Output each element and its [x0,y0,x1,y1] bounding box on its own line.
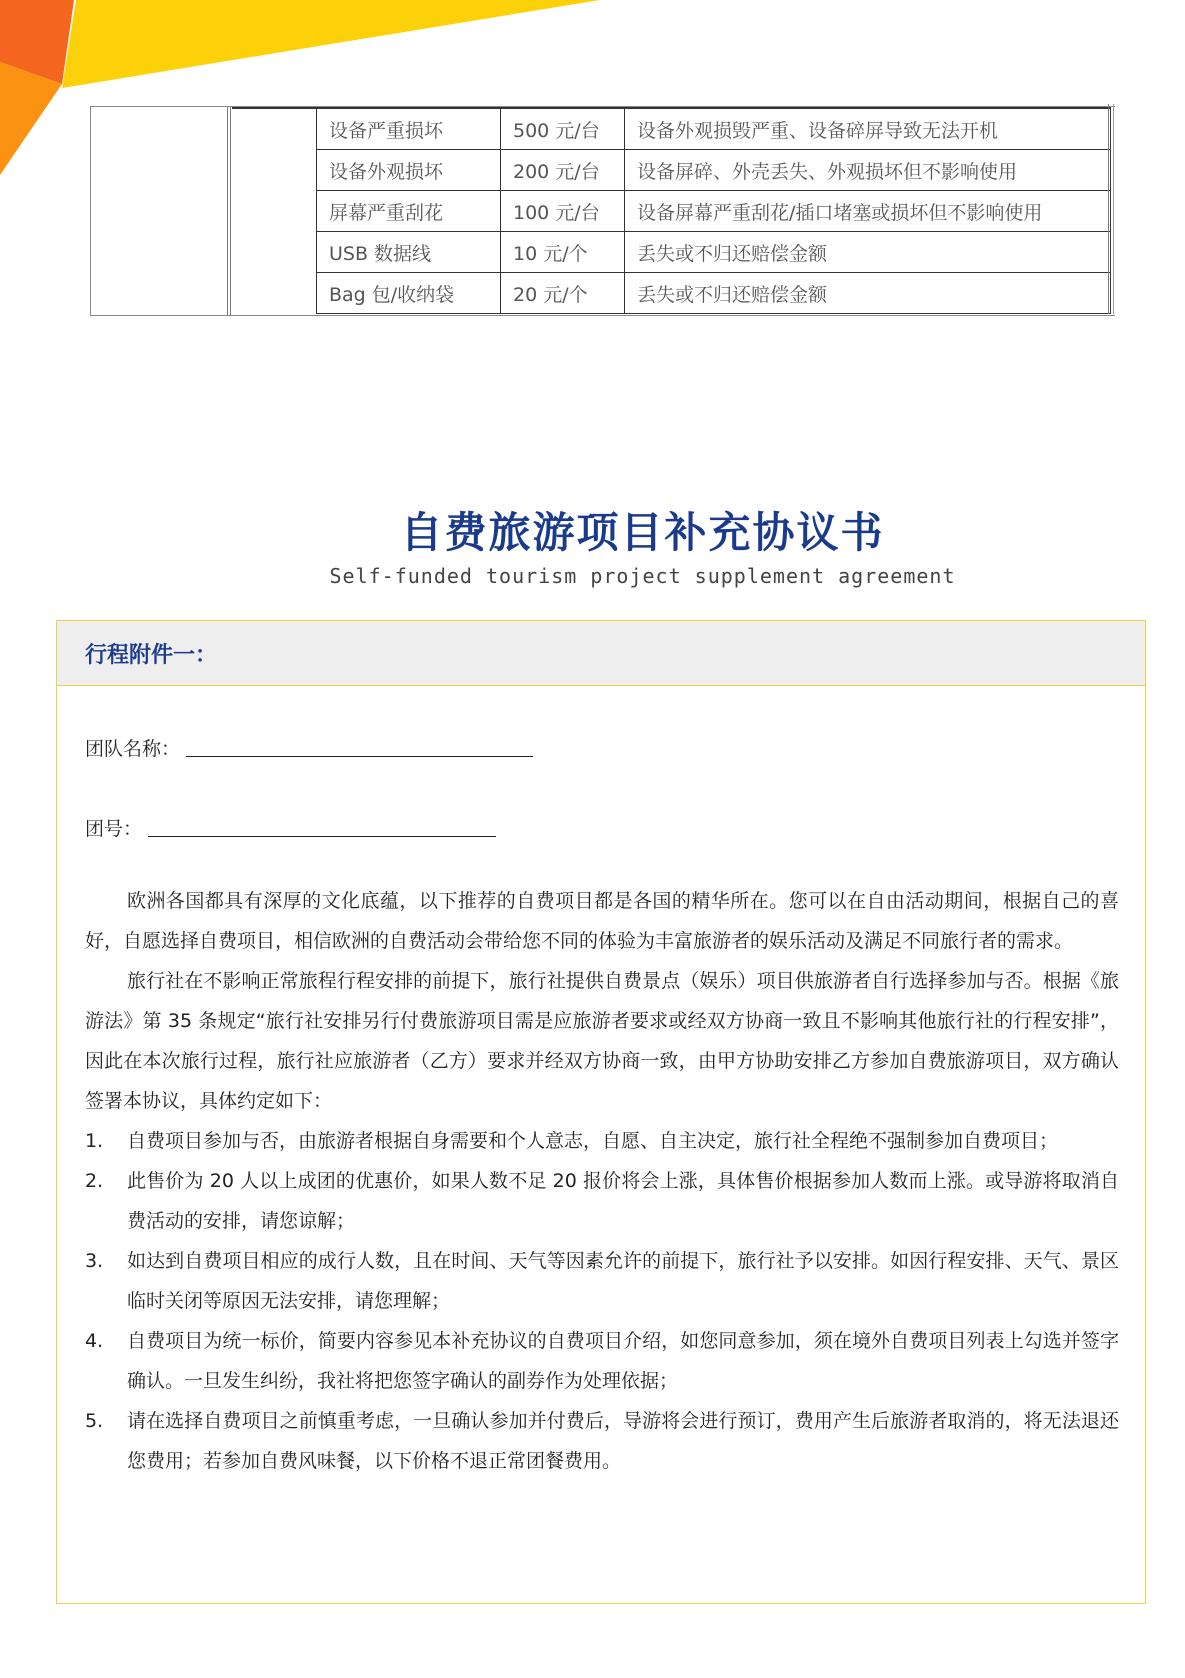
team-name-label: 团队名称： [85,734,180,761]
term-text: 自费项目为统一标价，简要内容参见本补充协议的自费项目介绍，如您同意参加，须在境外… [127,1330,1119,1392]
table-row: 设备外观损坏 200 元/台 设备屏碎、外壳丢失、外观损坏但不影响使用 [317,150,1111,191]
term-text: 如达到自费项目相应的成行人数，且在时间、天气等因素允许的前提下，旅行社予以安排。… [127,1250,1119,1312]
document-title: 自费旅游项目补充协议书 [0,500,1185,560]
item-cell: USB 数据线 [317,232,501,273]
table-row: USB 数据线 10 元/个 丢失或不归还赔偿金额 [317,232,1111,273]
panel-heading: 行程附件一： [85,638,217,669]
table-row: Bag 包/收纳袋 20 元/个 丢失或不归还赔偿金额 [317,273,1111,314]
legal-basis-paragraph: 旅行社在不影响正常旅程行程安排的前提下，旅行社提供自费景点（娱乐）项目供旅游者自… [85,961,1119,1121]
team-number-input-line[interactable] [148,835,496,837]
description-cell: 设备屏碎、外壳丢失、外观损坏但不影响使用 [625,150,1111,191]
price-cell: 200 元/台 [501,150,625,191]
team-number-label: 团号： [85,814,142,841]
term-number: 5. [85,1401,103,1441]
document-subtitle: Self-funded tourism project supplement a… [0,564,1185,588]
price-cell: 10 元/个 [501,232,625,273]
agreement-body: 欧洲各国都具有深厚的文化底蕴，以下推荐的自费项目都是各国的精华所在。您可以在自由… [85,881,1119,1481]
damage-table-frame: 设备严重损坏 500 元/台 设备外观损毁严重、设备碎屏导致无法开机 设备外观损… [90,106,1115,316]
term-number: 2. [85,1161,103,1201]
team-name-input-line[interactable] [186,755,533,757]
item-cell: 屏幕严重刮花 [317,191,501,232]
list-item: 4. 自费项目为统一标价，简要内容参见本补充协议的自费项目介绍，如您同意参加，须… [85,1321,1119,1401]
description-cell: 设备外观损毁严重、设备碎屏导致无法开机 [625,108,1111,150]
damage-table: 设备严重损坏 500 元/台 设备外观损毁严重、设备碎屏导致无法开机 设备外观损… [316,107,1111,314]
term-number: 3. [85,1241,103,1281]
term-text: 此售价为 20 人以上成团的优惠价，如果人数不足 20 报价将会上涨，具体售价根… [127,1170,1119,1232]
itinerary-attachment-panel: 行程附件一： 团队名称： 团号： 欧洲各国都具有深厚的文化底蕴，以下推荐的自费项… [56,620,1146,1604]
list-item: 5. 请在选择自费项目之前慎重考虑，一旦确认参加并付费后，导游将会进行预订，费用… [85,1401,1119,1481]
term-number: 4. [85,1321,103,1361]
item-cell: Bag 包/收纳袋 [317,273,501,314]
damage-table-right-border [1108,104,1114,314]
item-cell: 设备外观损坏 [317,150,501,191]
list-item: 2. 此售价为 20 人以上成团的优惠价，如果人数不足 20 报价将会上涨，具体… [85,1161,1119,1241]
team-number-field: 团号： [85,814,496,841]
item-cell: 设备严重损坏 [317,108,501,150]
damage-table-merged-cell-1 [91,107,228,315]
team-name-field: 团队名称： [85,734,533,761]
description-cell: 丢失或不归还赔偿金额 [625,232,1111,273]
price-cell: 100 元/台 [501,191,625,232]
intro-paragraph: 欧洲各国都具有深厚的文化底蕴，以下推荐的自费项目都是各国的精华所在。您可以在自由… [85,881,1119,961]
term-text: 自费项目参加与否，由旅游者根据自身需要和个人意志，自愿、自主决定，旅行社全程绝不… [127,1130,1058,1152]
damage-table-merged-cell-2 [232,107,316,317]
list-item: 1. 自费项目参加与否，由旅游者根据自身需要和个人意志，自愿、自主决定，旅行社全… [85,1121,1119,1161]
damage-table-divider [230,107,231,315]
description-cell: 丢失或不归还赔偿金额 [625,273,1111,314]
term-number: 1. [85,1121,103,1161]
table-row: 屏幕严重刮花 100 元/台 设备屏幕严重刮花/插口堵塞或损坏但不影响使用 [317,191,1111,232]
price-cell: 500 元/台 [501,108,625,150]
price-cell: 20 元/个 [501,273,625,314]
terms-list: 1. 自费项目参加与否，由旅游者根据自身需要和个人意志，自愿、自主决定，旅行社全… [85,1121,1119,1481]
description-cell: 设备屏幕严重刮花/插口堵塞或损坏但不影响使用 [625,191,1111,232]
panel-header: 行程附件一： [57,621,1145,686]
list-item: 3. 如达到自费项目相应的成行人数，且在时间、天气等因素允许的前提下，旅行社予以… [85,1241,1119,1321]
table-row: 设备严重损坏 500 元/台 设备外观损毁严重、设备碎屏导致无法开机 [317,108,1111,150]
term-text: 请在选择自费项目之前慎重考虑，一旦确认参加并付费后，导游将会进行预订，费用产生后… [127,1410,1119,1472]
